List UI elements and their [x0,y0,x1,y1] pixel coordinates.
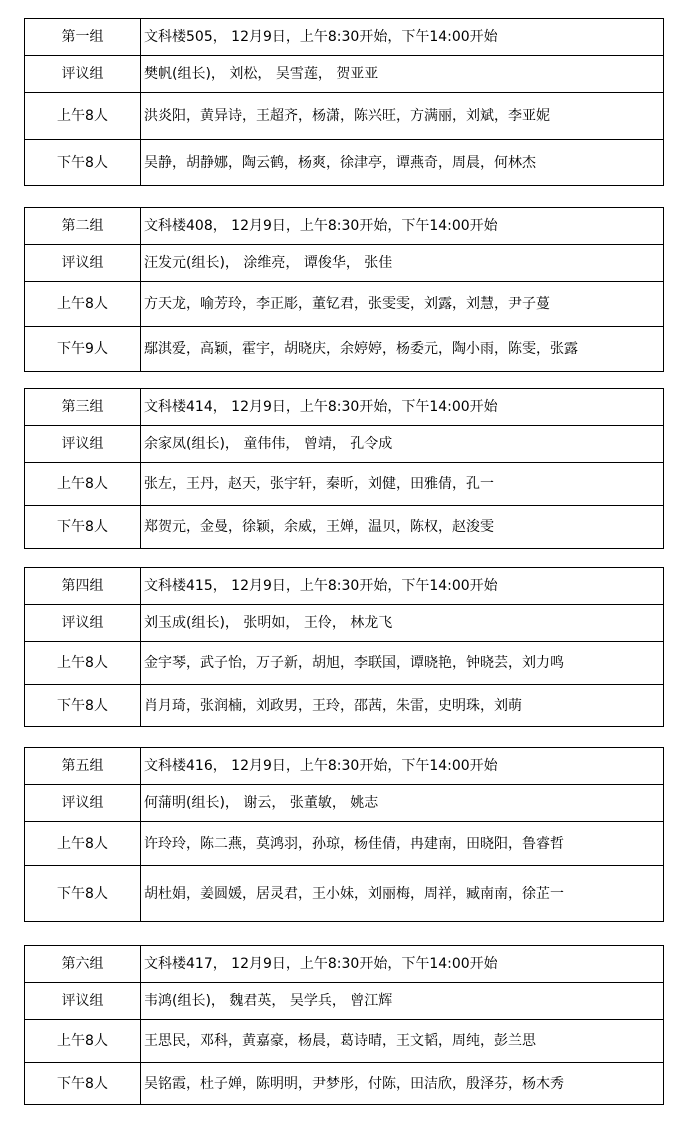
group-table-6: 第六组 文科楼417， 12月9日，上午8:30开始，下午14:00开始 评议组… [24,945,664,1105]
group-table-1: 第一组 文科楼505， 12月9日，上午8:30开始，下午14:00开始 评议组… [24,18,664,186]
reviewers-list: 何蒲明(组长)， 谢云， 张董敏， 姚志 [141,785,664,822]
reviewers-row: 评议组 樊帆(组长)， 刘松， 吴雪莲， 贺亚亚 [25,56,664,93]
group-info: 文科楼415， 12月9日，上午8:30开始，下午14:00开始 [141,568,664,605]
morning-list: 许玲玲，陈二燕，莫鸿羽，孙琼，杨佳倩，冉建南，田晓阳，鲁睿哲 [141,822,664,866]
afternoon-list: 胡杜娟，姜圆媛，居灵君，王小妹，刘丽梅，周祥，臧南南，徐芷一 [141,866,664,922]
morning-label: 上午8人 [25,822,141,866]
afternoon-row: 下午9人 鄢淇爱，高颖，霍宇，胡晓庆，余婷婷，杨委元，陶小雨，陈雯，张露 [25,327,664,372]
group-header-row: 第二组 文科楼408， 12月9日，上午8:30开始，下午14:00开始 [25,208,664,245]
morning-label: 上午8人 [25,93,141,140]
morning-list: 洪炎阳，黄异诗，王超齐，杨潇，陈兴旺，方满丽，刘斌，李亚妮 [141,93,664,140]
reviewers-label: 评议组 [25,605,141,642]
reviewers-label: 评议组 [25,245,141,282]
afternoon-label: 下午8人 [25,685,141,727]
group-name: 第一组 [25,19,141,56]
group-name: 第三组 [25,389,141,426]
reviewers-list: 汪发元(组长)， 涂维亮， 谭俊华， 张佳 [141,245,664,282]
reviewers-list: 樊帆(组长)， 刘松， 吴雪莲， 贺亚亚 [141,56,664,93]
group-table-2: 第二组 文科楼408， 12月9日，上午8:30开始，下午14:00开始 评议组… [24,207,664,372]
morning-row: 上午8人 方天龙，喻芳玲，李正彫，董钇君，张雯雯，刘露，刘慧，尹子蔓 [25,282,664,327]
afternoon-list: 鄢淇爱，高颖，霍宇，胡晓庆，余婷婷，杨委元，陶小雨，陈雯，张露 [141,327,664,372]
morning-list: 张左，王丹，赵天，张宇轩，秦昕，刘健，田雅倩，孔一 [141,463,664,506]
morning-list: 方天龙，喻芳玲，李正彫，董钇君，张雯雯，刘露，刘慧，尹子蔓 [141,282,664,327]
group-name: 第四组 [25,568,141,605]
morning-label: 上午8人 [25,282,141,327]
afternoon-label: 下午9人 [25,327,141,372]
morning-row: 上午8人 张左，王丹，赵天，张宇轩，秦昕，刘健，田雅倩，孔一 [25,463,664,506]
morning-label: 上午8人 [25,463,141,506]
reviewers-row: 评议组 汪发元(组长)， 涂维亮， 谭俊华， 张佳 [25,245,664,282]
morning-row: 上午8人 金宇琴，武子怡，万子新，胡旭，李联国，谭晓艳，钟晓芸，刘力鸣 [25,642,664,685]
afternoon-row: 下午8人 胡杜娟，姜圆媛，居灵君，王小妹，刘丽梅，周祥，臧南南，徐芷一 [25,866,664,922]
afternoon-row: 下午8人 吴铭霞，杜子婵，陈明明，尹梦彤，付陈，田洁欣，殷泽芬，杨木秀 [25,1063,664,1105]
group-info: 文科楼408， 12月9日，上午8:30开始，下午14:00开始 [141,208,664,245]
group-header-row: 第五组 文科楼416， 12月9日，上午8:30开始，下午14:00开始 [25,748,664,785]
reviewers-label: 评议组 [25,785,141,822]
afternoon-label: 下午8人 [25,506,141,549]
reviewers-list: 韦鸿(组长)， 魏君英， 吴学兵， 曾江辉 [141,983,664,1020]
afternoon-list: 郑贺元，金曼，徐颖，余威，王婵，温贝，陈权，赵浚雯 [141,506,664,549]
afternoon-list: 吴静，胡静娜，陶云鹤，杨爽，徐津亭，谭燕奇，周晨，何林杰 [141,140,664,186]
afternoon-list: 肖月琦，张润楠，刘政男，王玲，邵茜，朱雷，史明珠，刘萌 [141,685,664,727]
group-header-row: 第六组 文科楼417， 12月9日，上午8:30开始，下午14:00开始 [25,946,664,983]
morning-list: 金宇琴，武子怡，万子新，胡旭，李联国，谭晓艳，钟晓芸，刘力鸣 [141,642,664,685]
group-header-row: 第一组 文科楼505， 12月9日，上午8:30开始，下午14:00开始 [25,19,664,56]
morning-label: 上午8人 [25,642,141,685]
morning-row: 上午8人 许玲玲，陈二燕，莫鸿羽，孙琼，杨佳倩，冉建南，田晓阳，鲁睿哲 [25,822,664,866]
reviewers-row: 评议组 余家凤(组长)， 童伟伟， 曾靖， 孔令成 [25,426,664,463]
afternoon-label: 下午8人 [25,1063,141,1105]
group-name: 第六组 [25,946,141,983]
reviewers-list: 余家凤(组长)， 童伟伟， 曾靖， 孔令成 [141,426,664,463]
morning-list: 王思民，邓科，黄嘉豪，杨晨，葛诗晴，王文韬，周纯，彭兰思 [141,1020,664,1063]
group-table-5: 第五组 文科楼416， 12月9日，上午8:30开始，下午14:00开始 评议组… [24,747,664,922]
afternoon-row: 下午8人 肖月琦，张润楠，刘政男，王玲，邵茜，朱雷，史明珠，刘萌 [25,685,664,727]
group-info: 文科楼416， 12月9日，上午8:30开始，下午14:00开始 [141,748,664,785]
afternoon-row: 下午8人 吴静，胡静娜，陶云鹤，杨爽，徐津亭，谭燕奇，周晨，何林杰 [25,140,664,186]
group-info: 文科楼505， 12月9日，上午8:30开始，下午14:00开始 [141,19,664,56]
group-table-3: 第三组 文科楼414， 12月9日，上午8:30开始，下午14:00开始 评议组… [24,388,664,549]
group-info: 文科楼414， 12月9日，上午8:30开始，下午14:00开始 [141,389,664,426]
group-header-row: 第四组 文科楼415， 12月9日，上午8:30开始，下午14:00开始 [25,568,664,605]
reviewers-label: 评议组 [25,426,141,463]
afternoon-row: 下午8人 郑贺元，金曼，徐颖，余威，王婵，温贝，陈权，赵浚雯 [25,506,664,549]
group-header-row: 第三组 文科楼414， 12月9日，上午8:30开始，下午14:00开始 [25,389,664,426]
group-table-4: 第四组 文科楼415， 12月9日，上午8:30开始，下午14:00开始 评议组… [24,567,664,727]
reviewers-row: 评议组 刘玉成(组长)， 张明如， 王伶， 林龙飞 [25,605,664,642]
afternoon-label: 下午8人 [25,140,141,186]
reviewers-row: 评议组 韦鸿(组长)， 魏君英， 吴学兵， 曾江辉 [25,983,664,1020]
afternoon-list: 吴铭霞，杜子婵，陈明明，尹梦彤，付陈，田洁欣，殷泽芬，杨木秀 [141,1063,664,1105]
morning-label: 上午8人 [25,1020,141,1063]
morning-row: 上午8人 王思民，邓科，黄嘉豪，杨晨，葛诗晴，王文韬，周纯，彭兰思 [25,1020,664,1063]
reviewers-label: 评议组 [25,56,141,93]
group-name: 第二组 [25,208,141,245]
group-name: 第五组 [25,748,141,785]
reviewers-row: 评议组 何蒲明(组长)， 谢云， 张董敏， 姚志 [25,785,664,822]
afternoon-label: 下午8人 [25,866,141,922]
reviewers-label: 评议组 [25,983,141,1020]
group-info: 文科楼417， 12月9日，上午8:30开始，下午14:00开始 [141,946,664,983]
reviewers-list: 刘玉成(组长)， 张明如， 王伶， 林龙飞 [141,605,664,642]
morning-row: 上午8人 洪炎阳，黄异诗，王超齐，杨潇，陈兴旺，方满丽，刘斌，李亚妮 [25,93,664,140]
